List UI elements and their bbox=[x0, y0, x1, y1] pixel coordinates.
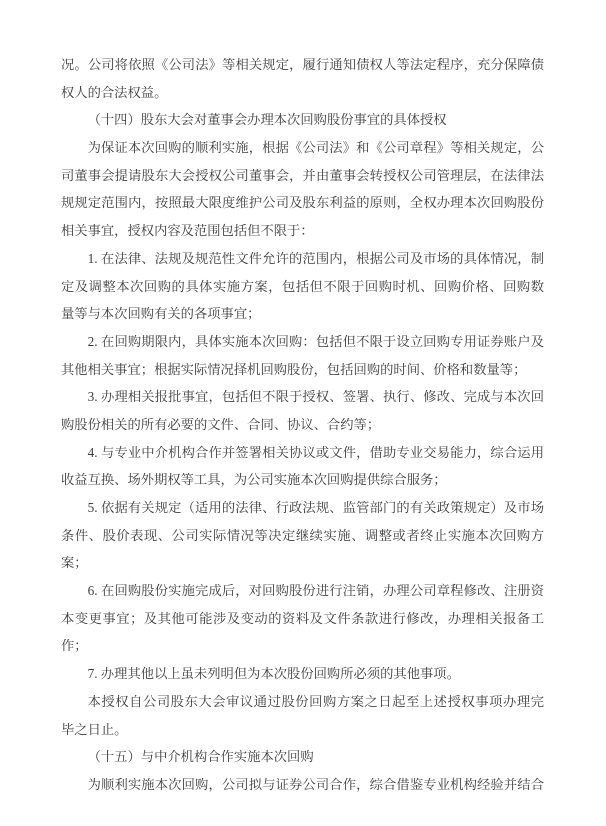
list-item-6-line: 本变更事宜；及其他可能涉及变动的资料及文件条款进行修改，办理相关报备工 bbox=[61, 605, 544, 633]
list-item-4-line: 4. 与专业中介机构合作并签署相关协议或文件，借助专业交易能力，综合运用 bbox=[61, 439, 544, 467]
document-line: 为保证本次回购的顺利实施，根据《公司法》和《公司章程》等相关规定，公 bbox=[61, 134, 544, 162]
list-item-5-line: 5. 依据有关规定（适用的法律、行政法规、监管部门的有关政策规定）及市场 bbox=[61, 494, 544, 522]
list-item-1-line: 定及调整本次回购的具体实施方案，包括但不限于回购时机、回购价格、回购数 bbox=[61, 273, 544, 301]
list-item-1-line: 量等与本次回购有关的各项事宜； bbox=[61, 300, 544, 328]
document-line: 规规定范围内，按照最大限度维护公司及股东利益的原则，全权办理本次回购股份 bbox=[61, 189, 544, 217]
list-item-5-line: 案； bbox=[61, 549, 544, 577]
list-item-2-line: 2. 在回购期限内，具体实施本次回购：包括但不限于设立回购专用证券账户及 bbox=[61, 328, 544, 356]
document-line: 毕之日止。 bbox=[61, 716, 544, 744]
document-text-block: 况。公司将依照《公司法》等相关规定，履行通知债权人等法定程序，充分保障债 权人的… bbox=[61, 51, 544, 799]
list-item-3-line: 3. 办理相关报批事宜，包括但不限于授权、签署、执行、修改、完成与本次回 bbox=[61, 383, 544, 411]
section-15-heading: （十五）与中介机构合作实施本次回购 bbox=[61, 743, 544, 771]
document-line: 相关事宜，授权内容及范围包括但不限于： bbox=[61, 217, 544, 245]
list-item-2-line: 其他相关事宜；根据实际情况择机回购股份，包括回购的时间、价格和数量等； bbox=[61, 356, 544, 384]
list-item-6-line: 作； bbox=[61, 632, 544, 660]
section-14-heading: （十四）股东大会对董事会办理本次回购股份事宜的具体授权 bbox=[61, 106, 544, 134]
document-line: 权人的合法权益。 bbox=[61, 79, 544, 107]
document-line: 司董事会提请股东大会授权公司董事会，并由董事会转授权公司管理层，在法律法 bbox=[61, 162, 544, 190]
document-line: 况。公司将依照《公司法》等相关规定，履行通知债权人等法定程序，充分保障债 bbox=[61, 51, 544, 79]
document-page: 况。公司将依照《公司法》等相关规定，履行通知债权人等法定程序，充分保障债 权人的… bbox=[0, 0, 606, 826]
list-item-4-line: 收益互换、场外期权等工具，为公司实施本次回购提供综合服务； bbox=[61, 466, 544, 494]
list-item-7-line: 7. 办理其他以上虽未列明但为本次股份回购所必须的其他事项。 bbox=[61, 660, 544, 688]
list-item-3-line: 购股份相关的所有必要的文件、合同、协议、合约等； bbox=[61, 411, 544, 439]
list-item-1-line: 1. 在法律、法规及规范性文件允许的范围内，根据公司及市场的具体情况，制 bbox=[61, 245, 544, 273]
list-item-5-line: 条件、股价表现、公司实际情况等决定继续实施、调整或者终止实施本次回购方 bbox=[61, 522, 544, 550]
list-item-6-line: 6. 在回购股份实施完成后，对回购股份进行注销，办理公司章程修改、注册资 bbox=[61, 577, 544, 605]
document-line: 为顺利实施本次回购，公司拟与证券公司合作，综合借鉴专业机构经验并结合 bbox=[61, 771, 544, 799]
document-line: 本授权自公司股东大会审议通过股份回购方案之日起至上述授权事项办理完 bbox=[61, 688, 544, 716]
